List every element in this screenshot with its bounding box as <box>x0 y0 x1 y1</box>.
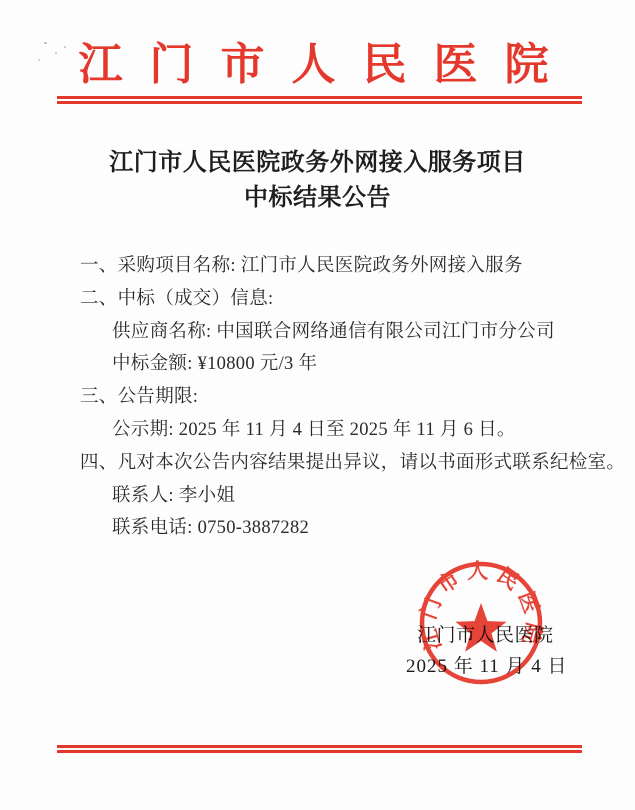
body-line-award-amount: 中标金额: ¥10800 元/3 年 <box>80 348 600 381</box>
official-seal: 江门市人民医院 <box>400 543 562 705</box>
document-title-line1: 江门市人民医院政务外网接入服务项目 <box>0 146 635 181</box>
seal-star-icon <box>455 603 506 652</box>
body-line-supplier: 供应商名称: 中国联合网络通信有限公司江门市分公司 <box>80 316 600 349</box>
body-line-objection: 四、凡对本次公告内容结果提出异议，请以书面形式联系纪检室。 <box>80 447 600 480</box>
document-title-line2: 中标结果公告 <box>0 181 635 216</box>
footer-divider-line-upper <box>57 745 582 748</box>
hospital-masthead: 江 门 市 人 民 医 院 <box>0 28 635 92</box>
hospital-name: 江 门 市 人 民 医 院 <box>79 28 557 92</box>
footer-divider-line-lower <box>57 750 582 753</box>
masthead-divider-line-lower <box>57 101 582 104</box>
document-title: 江门市人民医院政务外网接入服务项目 中标结果公告 <box>0 146 635 216</box>
body-line-award-info: 二、中标（成交）信息: <box>80 283 600 316</box>
document-page: 江 门 市 人 民 医 院 江门市人民医院政务外网接入服务项目 中标结果公告 一… <box>0 0 635 810</box>
body-line-procurement-name: 一、采购项目名称: 江门市人民医院政务外网接入服务 <box>80 250 600 283</box>
announcement-body: 一、采购项目名称: 江门市人民医院政务外网接入服务 二、中标（成交）信息: 供应… <box>80 250 600 545</box>
body-line-publicity-dates: 公示期: 2025 年 11 月 4 日至 2025 年 11 月 6 日。 <box>80 414 600 447</box>
masthead-divider-line-upper <box>57 96 582 99</box>
body-line-contact-person: 联系人: 李小姐 <box>80 480 600 513</box>
body-line-notice-period: 三、公告期限: <box>80 381 600 414</box>
body-line-contact-phone: 联系电话: 0750-3887282 <box>80 512 600 545</box>
